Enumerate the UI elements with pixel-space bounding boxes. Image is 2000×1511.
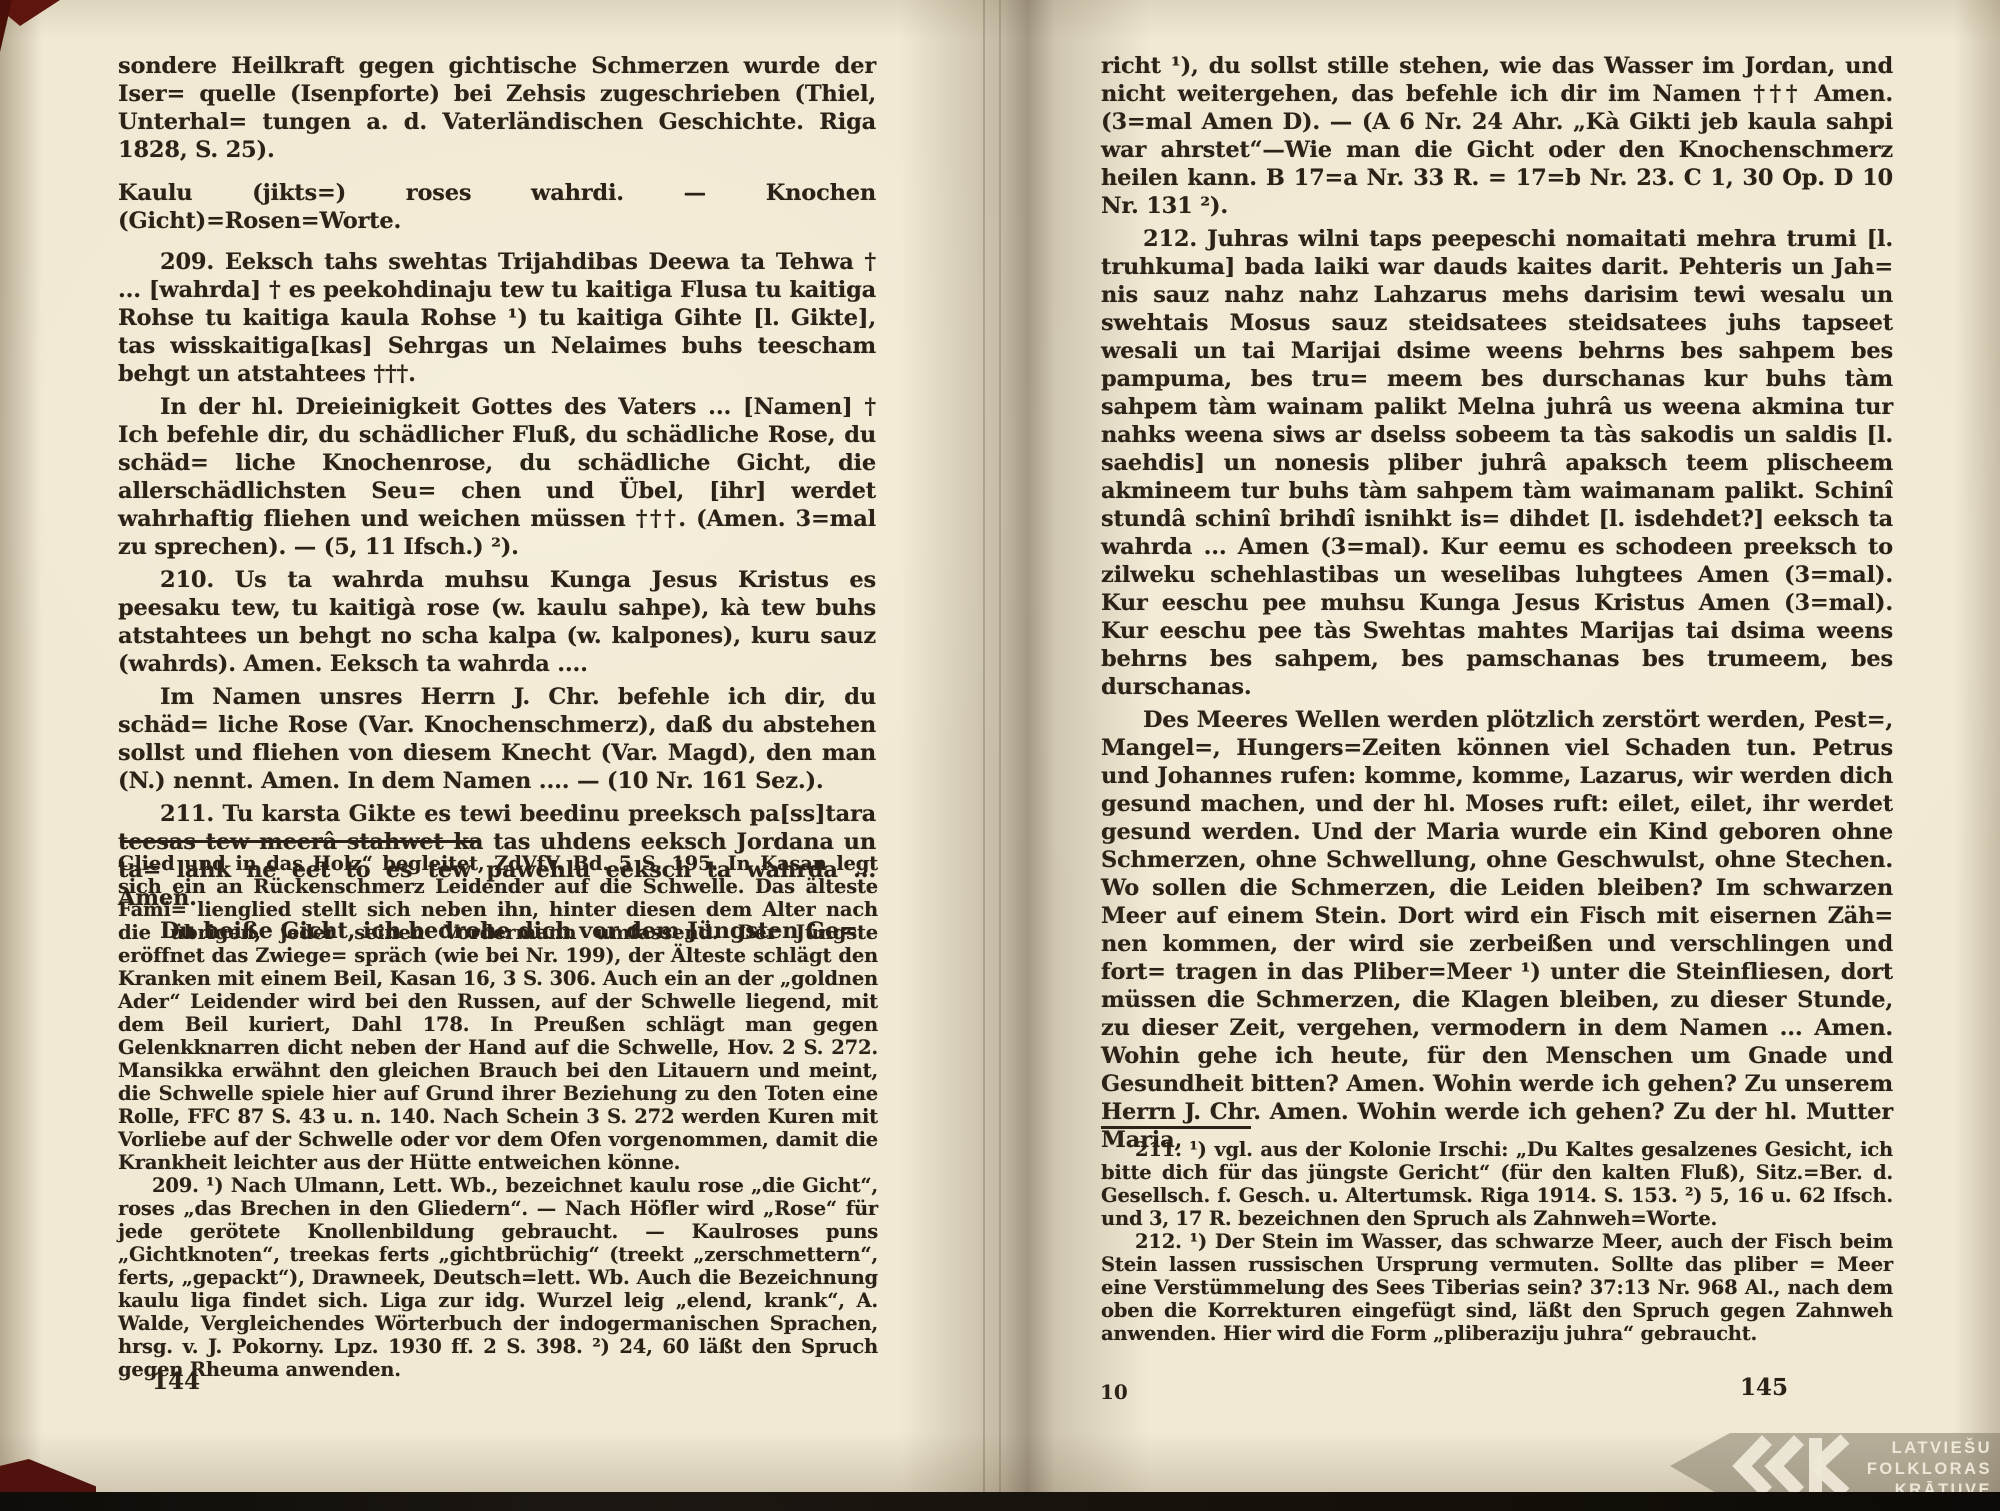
page-number-left: 144 — [152, 1368, 200, 1395]
footnote-rule — [1101, 1126, 1251, 1129]
charm-211-german-continuation: richt ¹), du sollst stille stehen, wie d… — [1101, 52, 1893, 220]
signature-mark: 10 — [1100, 1380, 1128, 1404]
footnote-209: 209. ¹) Nach Ulmann, Lett. Wb., bezeichn… — [118, 1174, 878, 1381]
charm-210-latvian: 210. Us ta wahrda muhsu Kunga Jesus Kris… — [118, 566, 876, 678]
footnote-212: 212. ¹) Der Stein im Wasser, das schwarz… — [1101, 1230, 1893, 1345]
footnote-rule — [120, 840, 478, 843]
page-edge-line — [983, 0, 985, 1492]
left-page-body: sondere Heilkraft gegen gichtische Schme… — [118, 52, 876, 950]
charm-212-latvian: 212. Juhras wilni taps peepeschi nomaita… — [1101, 225, 1893, 701]
footnote-211: 211. ¹) vgl. aus der Kolonie Irschi: „Du… — [1101, 1138, 1893, 1230]
paragraph-continuation: sondere Heilkraft gegen gichtische Schme… — [118, 52, 876, 164]
charm-title-line: Kaulu (jikts=) roses wahrdi. — Knochen (… — [118, 179, 876, 235]
scan-bottom-edge — [0, 1492, 2000, 1511]
book-scan: sondere Heilkraft gegen gichtische Schme… — [0, 0, 2000, 1511]
archive-watermark: LATVIEŠU FOLKLORAS KRĀTUVE — [1670, 1431, 2000, 1501]
charm-212-german: Des Meeres Wellen werden plötzlich zerst… — [1101, 706, 1893, 1154]
page-edge-line — [999, 0, 1001, 1492]
charm-209-german: In der hl. Dreieinigkeit Gottes des Vate… — [118, 393, 876, 561]
charm-209-latvian: 209. Eeksch tahs swehtas Trijahdibas Dee… — [118, 248, 876, 388]
footnote-continuation: Glied und in das Holz“ begleitet, ZdVfV.… — [118, 852, 878, 1174]
right-page-footnotes: 211. ¹) vgl. aus der Kolonie Irschi: „Du… — [1101, 1138, 1893, 1345]
watermark-line1: LATVIEŠU — [1892, 1438, 1992, 1457]
left-page-footnotes: Glied und in das Holz“ begleitet, ZdVfV.… — [118, 852, 878, 1381]
lfk-logo-icon: LATVIEŠU FOLKLORAS KRĀTUVE — [1670, 1431, 2000, 1501]
page-number-right: 145 — [1740, 1374, 1788, 1401]
watermark-line2: FOLKLORAS — [1867, 1460, 1992, 1478]
right-page-body: richt ¹), du sollst stille stehen, wie d… — [1101, 52, 1893, 1159]
charm-210-german: Im Namen unsres Herrn J. Chr. befehle ic… — [118, 683, 876, 795]
